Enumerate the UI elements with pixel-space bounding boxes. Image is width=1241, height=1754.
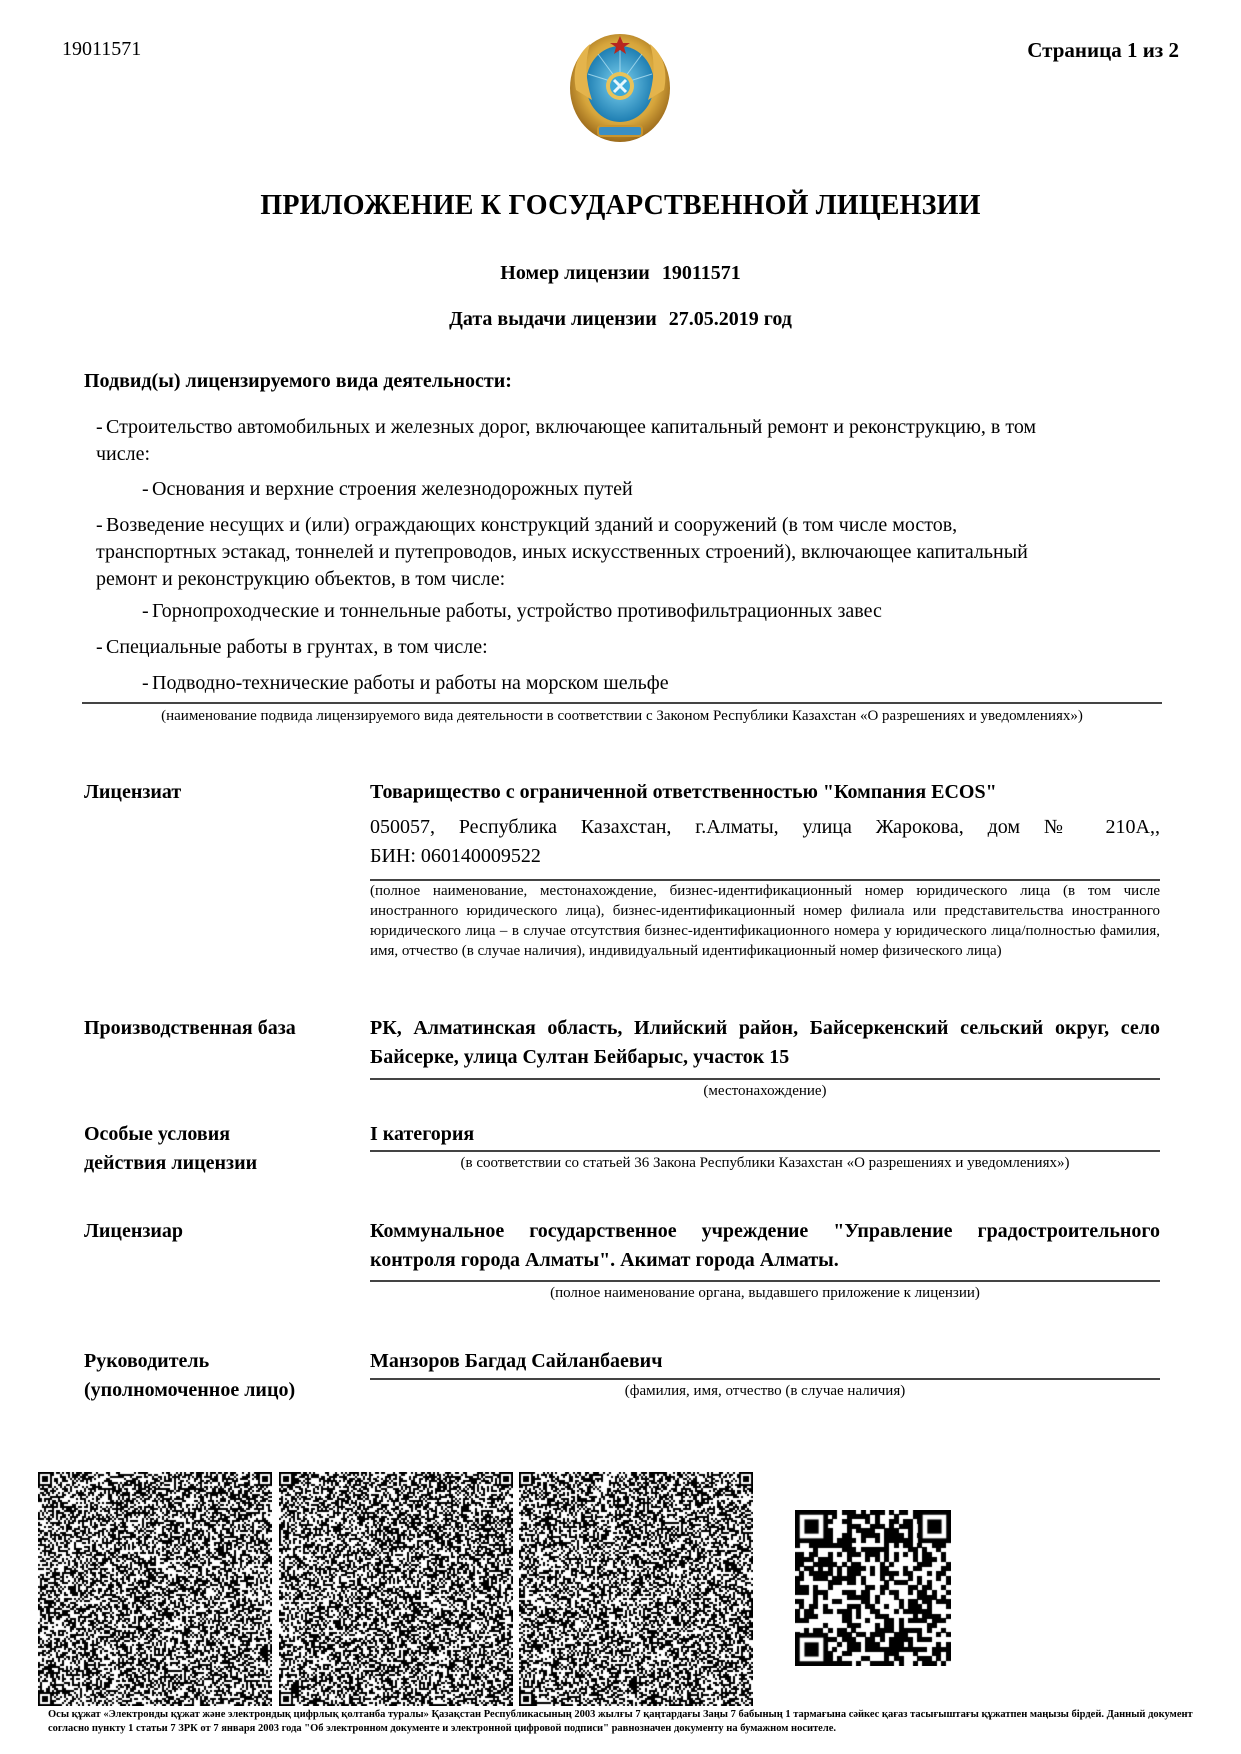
special-conditions-label: Особые условия действия лицензии: [84, 1120, 257, 1178]
signature-qr-code-3: [519, 1472, 753, 1706]
special-conditions-value: I категория: [370, 1120, 1160, 1149]
licensee-label: Лицензиат: [84, 778, 181, 807]
licensee-bin: БИН: 060140009522: [370, 842, 1160, 871]
verification-qr-code: [795, 1510, 951, 1666]
signature-qr-code-1: [38, 1472, 272, 1706]
activities-heading: Подвид(ы) лицензируемого вида деятельнос…: [84, 370, 512, 393]
licensor-value: Коммунальное государственное учреждение …: [370, 1217, 1160, 1275]
activity-subitem: -Основания и верхние строения железнодор…: [142, 476, 1062, 503]
license-number-label: Номер лицензии: [500, 262, 650, 284]
production-base-note: (местонахождение): [370, 1081, 1160, 1102]
page-indicator: Страница 1 из 2: [1027, 38, 1179, 63]
production-base-label: Производственная база: [84, 1014, 296, 1043]
head-note: (фамилия, имя, отчество (в случае наличи…: [370, 1381, 1160, 1402]
divider: [370, 1078, 1160, 1080]
licensor-label: Лицензиар: [84, 1217, 183, 1246]
activity-subitem: -Горнопроходческие и тоннельные работы, …: [142, 598, 1062, 625]
activity-item: -Специальные работы в грунтах, в том чис…: [96, 634, 1056, 661]
head-label: Руководитель (уполномоченное лицо): [84, 1347, 295, 1405]
state-emblem-icon: [568, 30, 672, 150]
divider: [370, 1280, 1160, 1282]
divider: [370, 1378, 1160, 1380]
license-date-line: Дата выдачи лицензии27.05.2019 год: [0, 308, 1241, 331]
special-conditions-note: (в соответствии со статьей 36 Закона Рес…: [370, 1153, 1160, 1174]
licensee-note: (полное наименование, местонахождение, б…: [370, 881, 1160, 961]
divider: [370, 1150, 1160, 1152]
footer-kz: Осы құжат «Электронды құжат және электро…: [48, 1709, 1104, 1720]
license-date-label: Дата выдачи лицензии: [449, 308, 657, 330]
license-number-value: 19011571: [662, 262, 741, 284]
document-title: ПРИЛОЖЕНИЕ К ГОСУДАРСТВЕННОЙ ЛИЦЕНЗИИ: [0, 190, 1241, 222]
activity-item: -Возведение несущих и (или) ограждающих …: [96, 512, 1056, 593]
activities-note: (наименование подвида лицензируемого вид…: [82, 706, 1162, 727]
license-number-line: Номер лицензии19011571: [0, 262, 1241, 285]
activity-subitem: -Подводно-технические работы и работы на…: [142, 670, 1062, 697]
legal-footer: Осы құжат «Электронды құжат және электро…: [48, 1708, 1208, 1736]
license-date-value: 27.05.2019 год: [669, 308, 792, 330]
licensee-name: Товарищество с ограниченной ответственно…: [370, 778, 1160, 807]
licensee-address: 050057, Республика Казахстан, г.Алматы, …: [370, 813, 1160, 842]
licensor-note: (полное наименование органа, выдавшего п…: [370, 1283, 1160, 1304]
document-number: 19011571: [62, 38, 141, 61]
activity-item: -Строительство автомобильных и железных …: [96, 414, 1056, 468]
divider: [82, 702, 1162, 704]
production-base-value: РК, Алматинская область, Илийский район,…: [370, 1014, 1160, 1072]
head-value: Манзоров Багдад Сайланбаевич: [370, 1347, 1160, 1376]
signature-qr-code-2: [279, 1472, 513, 1706]
